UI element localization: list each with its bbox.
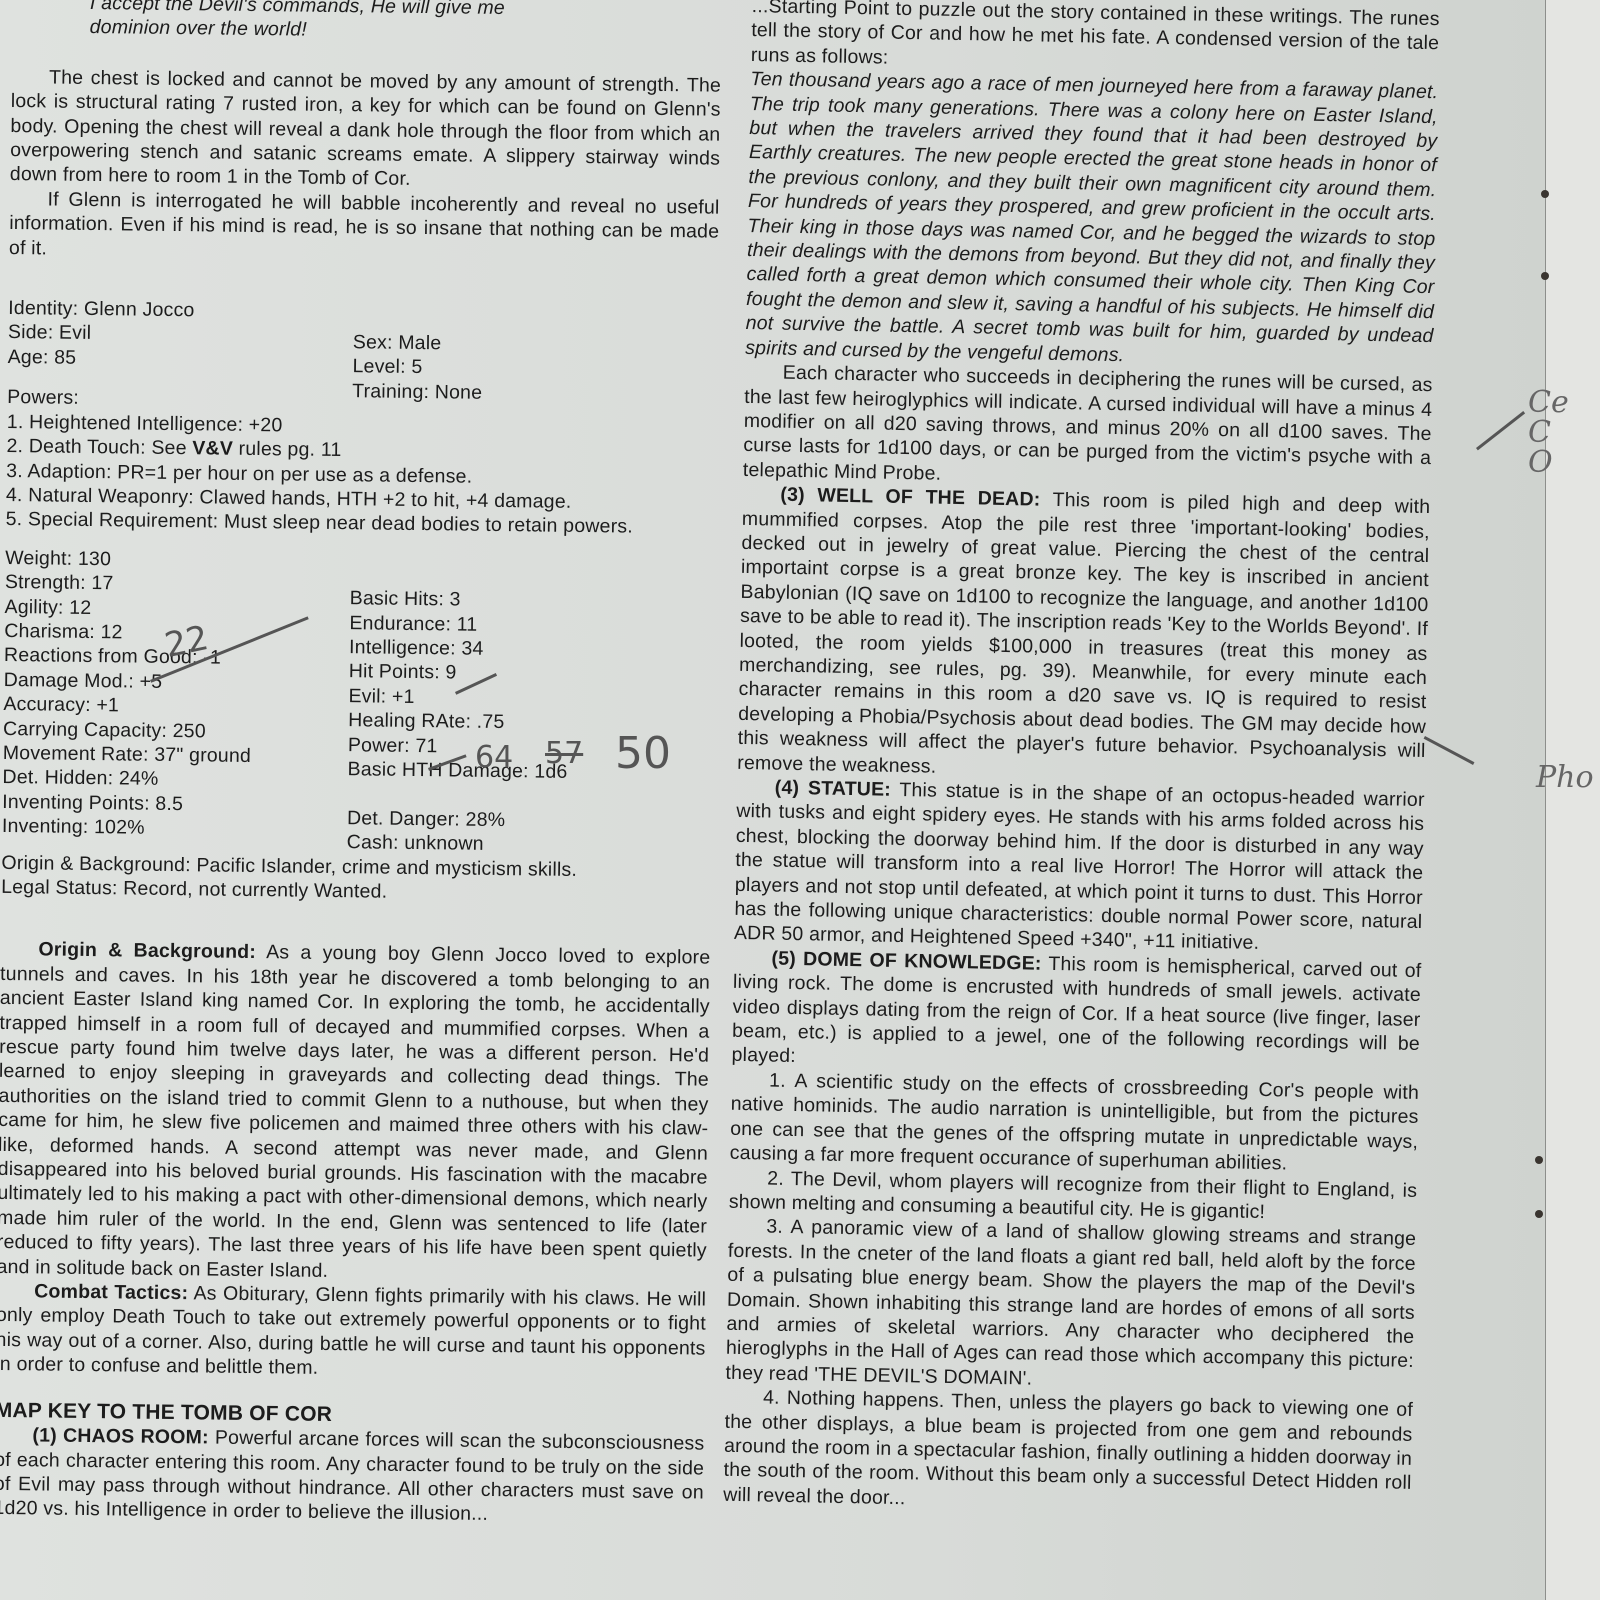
staple-hole — [1535, 1210, 1543, 1218]
room-3: (3) WELL OF THE DEAD: This room is piled… — [737, 482, 1430, 788]
room-1: (1) CHAOS ROOM: Powerful arcane forces w… — [0, 1423, 705, 1529]
power-text: 2. Death Touch: See — [6, 435, 192, 459]
curse-paragraph: Each character who succeeds in decipheri… — [743, 360, 1433, 495]
origin-label: Origin & Background: — [38, 939, 256, 964]
stat-row: Accuracy: +1 — [3, 692, 348, 721]
interrogate-paragraph: If Glenn is interrogated he will babble … — [9, 187, 720, 269]
stat-row: Basic Hits: 3 — [350, 586, 715, 615]
stats-right-column: Basic Hits: 3Endurance: 11Intelligence: … — [347, 550, 716, 859]
chest-paragraph: The chest is locked and cannot be moved … — [10, 65, 721, 196]
power-value-57: 57 — [545, 736, 583, 771]
room-4: (4) STATUE: This statue is in the shape … — [734, 775, 1425, 959]
stat-row: Strength: 17 — [5, 570, 350, 599]
stat-row: Inventing: 102% — [2, 814, 347, 843]
staple-hole — [1541, 190, 1549, 198]
staple-hole — [1541, 272, 1549, 280]
power-text: rules pg. 11 — [233, 438, 342, 461]
staple-hole — [1535, 1156, 1543, 1164]
training-field: Training: None — [352, 379, 717, 408]
age-field: Age: 85 — [7, 345, 352, 374]
room-5: (5) DOME OF KNOWLEDGE: This room is hemi… — [731, 946, 1421, 1081]
recording-1: 1. A scientific study on the effects of … — [730, 1068, 1420, 1179]
powers-list: 1. Heightened Intelligence: +20 2. Death… — [6, 410, 717, 541]
stats-left-column: Weight: 130Strength: 17Agility: 12Charis… — [2, 546, 351, 855]
margin-note-top: Ce C O — [1528, 388, 1569, 478]
adjacent-page-margin: Ce C O Pho — [1545, 0, 1600, 1600]
combat-section: Combat Tactics: As Obiturary, Glenn figh… — [0, 1279, 706, 1385]
recording-3: 3. A panoramic view of a land of shallow… — [725, 1214, 1416, 1398]
document-page: I accept the Devil's commands, He will g… — [0, 0, 1545, 1600]
identity-block: Identity: Glenn Jocco Side: Evil Age: 85… — [7, 296, 718, 408]
right-column: ...Starting Point to puzzle out the stor… — [723, 0, 1440, 1520]
power-value-64: 64 — [475, 740, 513, 775]
margin-pen-mark — [1476, 411, 1525, 450]
room-label: (5) DOME OF KNOWLEDGE: — [771, 947, 1042, 974]
room-label: (4) STATUE: — [775, 777, 892, 801]
room-text: This statue is in the shape of an octopu… — [734, 779, 1425, 955]
stats-block: Weight: 130Strength: 17Agility: 12Charis… — [2, 546, 716, 859]
margin-pen-mark — [1424, 736, 1475, 765]
power-value-50: 50 — [615, 728, 671, 779]
room-label: (3) WELL OF THE DEAD: — [780, 484, 1040, 511]
room-text: This room is piled high and deep with mu… — [737, 489, 1430, 778]
room-label: (1) CHAOS ROOM: — [32, 1424, 209, 1448]
left-column: I accept the Devil's commands, He will g… — [0, 0, 722, 1529]
margin-note-bottom: Pho — [1536, 760, 1594, 795]
recording-4: 4. Nothing happens. Then, unless the pla… — [723, 1385, 1413, 1520]
origin-text: As a young boy Glenn Jocco loved to expl… — [0, 941, 710, 1281]
origin-section: Origin & Background: As a young boy Glen… — [0, 937, 710, 1287]
rulebook-name: V&V — [192, 437, 233, 459]
power-text: 1. Heightened Intelligence: +20 — [7, 411, 283, 436]
combat-label: Combat Tactics: — [34, 1280, 188, 1304]
tale-of-cor: Ten thousand years ago a race of men jou… — [745, 67, 1438, 373]
